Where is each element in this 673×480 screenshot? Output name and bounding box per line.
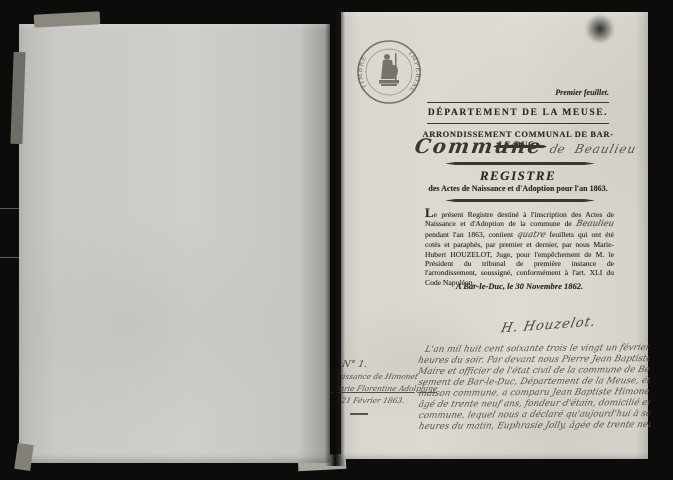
ink-smudge <box>581 10 619 48</box>
feuillets-count-handwritten: quatre <box>516 231 546 240</box>
declaration-text-2: pendant l'an 1863, contient <box>425 230 513 239</box>
stamp-word-imperial: IMPÉRIAL <box>407 50 422 94</box>
ornament-rule <box>445 199 595 202</box>
commune-name-handwritten: Beaulieu <box>573 142 638 156</box>
commune-de: de <box>549 142 567 156</box>
imperial-figure-icon <box>379 53 399 86</box>
divider-rule <box>427 102 609 103</box>
scanned-register-page: TIMBRE IMPÉRIAL Premier feuillet. DÉPART… <box>0 0 673 480</box>
act-margin-note: N° 1. Naissance de Himonet Marie Florent… <box>332 359 422 415</box>
left-blank-page <box>19 24 330 463</box>
binding-tape-bottom <box>14 443 33 471</box>
registre-subtitle: des Actes de Naissance et d'Adoption pou… <box>415 184 621 193</box>
registre-title: REGISTRE <box>427 168 609 184</box>
commune-line: CommunedeBeaulieu <box>415 134 637 158</box>
divider-rule <box>427 123 609 124</box>
register-title-page: TIMBRE IMPÉRIAL Premier feuillet. DÉPART… <box>341 12 648 459</box>
timbre-imperial-stamp: TIMBRE IMPÉRIAL <box>354 37 424 107</box>
dateline: A Bar-le-Duc, le 30 Novembre 1862. <box>425 281 614 291</box>
margin-note-dash <box>350 413 368 415</box>
ornament-rule <box>445 162 595 165</box>
commune-label: Commune <box>413 134 544 158</box>
stamp-word-timbre: TIMBRE <box>357 54 369 90</box>
scan-artifact-line <box>0 257 19 258</box>
sheet-number-note: Premier feuillet. <box>427 88 609 97</box>
judge-signature: H. Houzelot. <box>499 315 597 337</box>
departement-heading: DÉPARTEMENT DE LA MEUSE. <box>427 108 609 118</box>
commune-name-inline-handwritten: Beaulieu <box>575 220 615 229</box>
scan-artifact-line <box>0 208 19 209</box>
book-binding-gutter <box>325 10 345 466</box>
declaration-paragraph: Le présent Registre destiné à l'inscript… <box>425 208 614 287</box>
birth-act-text: L'an mil huit cent soixante trois le vin… <box>417 343 651 433</box>
act-line: heures du matin, Euphrasie Jolly, âgée d… <box>417 420 650 433</box>
